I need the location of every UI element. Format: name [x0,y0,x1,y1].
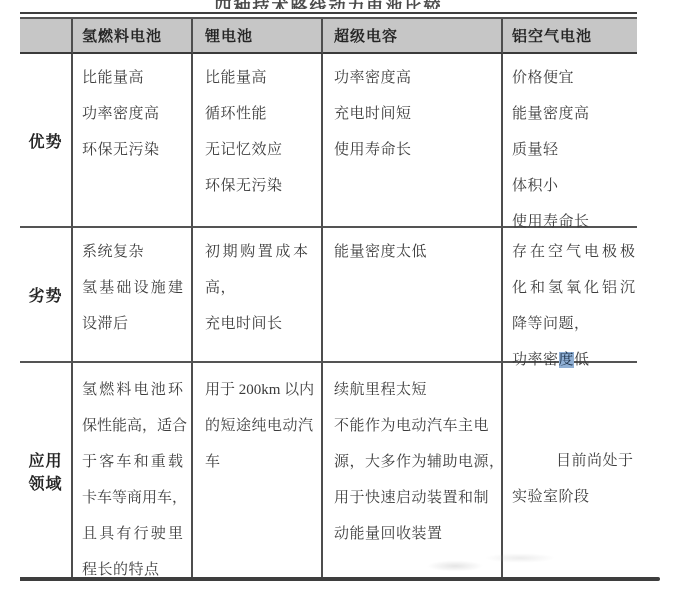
row-label-应用领域: 应用领域 [20,363,73,578]
table-cell: 比能量高功率密度高环保无污染 [73,54,193,228]
cell-line: 体积小 [512,168,635,204]
header-cell: 氢燃料电池 [73,19,193,54]
cell-line: 卡车等商用车， [82,480,183,516]
document-page: { "title": { "clipped_text": "四种技术路线动力电池… [0,0,694,596]
table-cell: 价格便宜能量密度高质量轻体积小使用寿命长 [503,54,637,228]
header-cell: 超级电容 [323,19,503,54]
cell-line: 氢基础设施建 [82,270,183,306]
cell-line: 高， [205,270,308,306]
cell-line: 环保无污染 [82,132,183,168]
cell-line: 无记忆效应 [205,132,308,168]
header-cell: 铝空气电池 [503,19,637,54]
table-cell: 功率密度高充电时间短使用寿命长 [323,54,503,228]
table-cell: 目前尚处于实验室阶段 [503,363,637,578]
row-label-优势: 优势 [20,54,73,228]
cell-line: 比能量高 [82,60,183,96]
table-title-text: 四种技术路线动力电池比较 [215,0,443,9]
cell-line: 程长的特点 [82,552,183,588]
table-top-double-rule [20,12,637,19]
cell-line: 目前尚处于 [512,443,635,479]
cell-line: 的短途纯电动汽 [205,408,308,444]
row-label-line: 应用 [28,448,62,471]
row-label-line: 劣势 [28,283,62,306]
cell-line: 循环性能 [205,96,308,132]
cell-line: 比能量高 [205,60,308,96]
cell-line: 源，大多作为辅助电源， [334,444,491,480]
cell-line: 续航里程太短 [334,372,491,408]
cell-line: 初期购置成本 [205,234,308,270]
row-label-line: 领域 [28,471,62,494]
cell-line: 充电时间短 [334,96,491,132]
row-label-劣势: 劣势 [20,228,73,363]
cell-line: 能量密度太低 [334,234,491,270]
cell-line: 功率密度高 [334,60,491,96]
table-bottom-rule [20,577,660,581]
cell-line: 氢燃料电池环 [82,372,183,408]
cell-line: 保性能高，适合 [82,408,183,444]
cell-line: 实验室阶段 [512,479,635,515]
header-cell: 锂电池 [193,19,323,54]
cell-line: 价格便宜 [512,60,635,96]
cell-line: 环保无污染 [205,168,308,204]
table-cell: 用于 200km 以内的短途纯电动汽车 [193,363,323,578]
cell-line: 用于 200km 以内 [205,372,308,408]
cell-line: 降等问题， [512,306,635,342]
row-label-line: 优势 [28,129,62,152]
table-cell: 系统复杂氢基础设施建设滞后 [73,228,193,363]
cell-line: 使用寿命长 [334,132,491,168]
table-cell: 存在空气电极极化和氢氧化铝沉降等问题，功率密度低 [503,228,637,363]
header-cell-blank [20,19,73,54]
cell-line: 存在空气电极极 [512,234,635,270]
table-cell: 氢燃料电池环保性能高，适合于客车和重载卡车等商用车，且具有行驶里程长的特点 [73,363,193,578]
cell-line: 设滞后 [82,306,183,342]
cell-line: 且具有行驶里 [82,516,183,552]
table-cell: 续航里程太短不能作为电动汽车主电源，大多作为辅助电源，用于快速启动装置和制动能量… [323,363,503,578]
cell-line: 车 [205,444,308,480]
cell-line: 能量密度高 [512,96,635,132]
table-title-clipped: 四种技术路线动力电池比较 [20,0,637,9]
table-cell: 能量密度太低 [323,228,503,363]
comparison-table: 氢燃料电池锂电池超级电容铝空气电池优势比能量高功率密度高环保无污染比能量高循环性… [20,19,637,578]
table-cell: 初期购置成本高，充电时间长 [193,228,323,363]
cell-line: 充电时间长 [205,306,308,342]
cell-line: 于客车和重载 [82,444,183,480]
cell-line: 功率密度高 [82,96,183,132]
table-cell: 比能量高循环性能无记忆效应环保无污染 [193,54,323,228]
cell-line: 系统复杂 [82,234,183,270]
cell-line: 动能量回收装置 [334,516,491,552]
cell-line: 不能作为电动汽车主电 [334,408,491,444]
cell-line: 化和氢氧化铝沉 [512,270,635,306]
cell-line: 质量轻 [512,132,635,168]
cell-line: 用于快速启动装置和制 [334,480,491,516]
